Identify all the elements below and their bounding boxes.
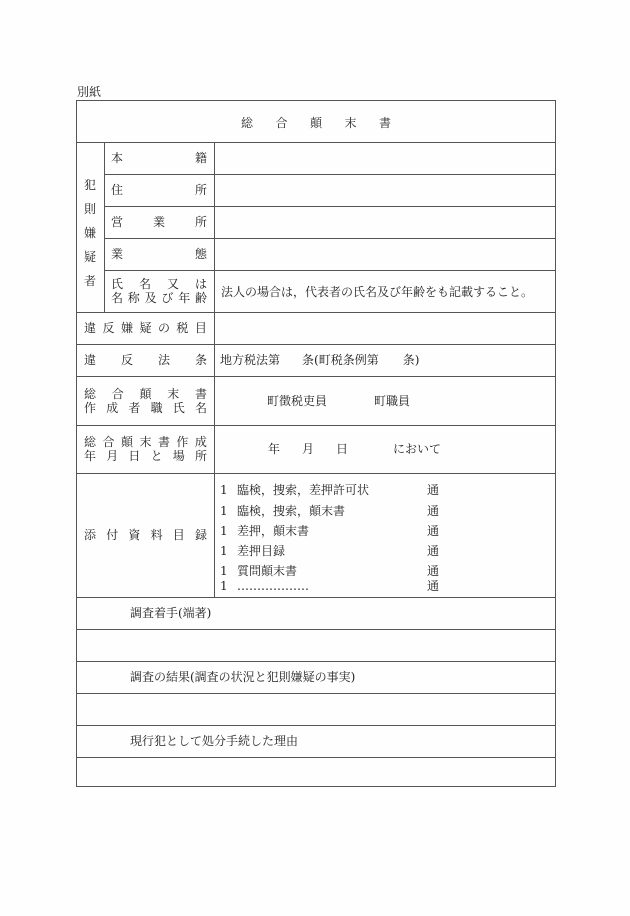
field-address[interactable] (217, 177, 553, 205)
label-name-age: 氏 名 又 は 名 称 及 び 年 齢 (111, 277, 207, 305)
form-title: 総 合 顛 末 書 (241, 116, 391, 130)
label-attachments: 添 付 資 料 目 録 (84, 528, 207, 542)
field-author[interactable]: 町徴税吏員町職員 (267, 394, 410, 408)
field-tax-item[interactable] (217, 315, 553, 343)
label-author: 総 合 顛 末 書 作 成 者 職 氏 名 (84, 387, 207, 415)
label-date-place: 総 合 顛 末 書 作 成 年 月 日 と 場 所 (84, 435, 207, 463)
field-name-age-note: 法人の場合は，代表者の氏名及び年齢をも記載すること。 (221, 285, 533, 299)
field-investigation-result[interactable] (80, 695, 552, 723)
label-business-office: 営 業 所 (111, 215, 207, 229)
suspect-group-label: 犯 則 嫌 疑 者 (84, 173, 98, 293)
section-heading-investigation-result: 調査の結果(調査の状況と犯則嫌疑の事実) (130, 670, 355, 684)
label-honseki: 本 籍 (111, 151, 207, 165)
attachment-item: 1 臨検，捜索，差押許可状 通 (220, 483, 228, 497)
summary-report-form: 総 合 顛 末 書 犯 則 嫌 疑 者 本 籍 住 所 営 業 所 業 態 氏 … (76, 100, 556, 787)
field-business-type[interactable] (217, 241, 553, 269)
field-business-office[interactable] (217, 209, 553, 237)
attachment-item: 1 臨検，捜索，顛末書 通 (220, 504, 228, 518)
section-heading-flagrant-reason: 現行犯として処分手続した理由 (130, 734, 298, 748)
attachment-caption: 別紙 (77, 83, 101, 100)
attachment-item: 1 質問顛末書 通 (220, 564, 228, 578)
attachment-item: 1 差押，顛末書 通 (220, 524, 228, 538)
field-date-place[interactable]: 年月日において (268, 442, 441, 456)
field-violated-law[interactable]: 地方税法第条(町税条例第条) (220, 353, 419, 367)
label-address: 住 所 (111, 183, 207, 197)
label-business-type: 業 態 (111, 247, 207, 261)
label-violated-law: 違 反 法 条 (84, 353, 207, 367)
field-honseki[interactable] (217, 145, 553, 173)
field-investigation-start[interactable] (80, 631, 552, 659)
attachment-item: 1 差押目録 通 (220, 544, 228, 558)
section-heading-investigation-start: 調査着手(端著) (130, 606, 211, 620)
field-flagrant-reason[interactable] (80, 759, 552, 786)
attachment-item: 1 ……………… 通 (220, 579, 228, 593)
label-tax-item: 違 反 嫌 疑 の 税 目 (84, 321, 207, 335)
